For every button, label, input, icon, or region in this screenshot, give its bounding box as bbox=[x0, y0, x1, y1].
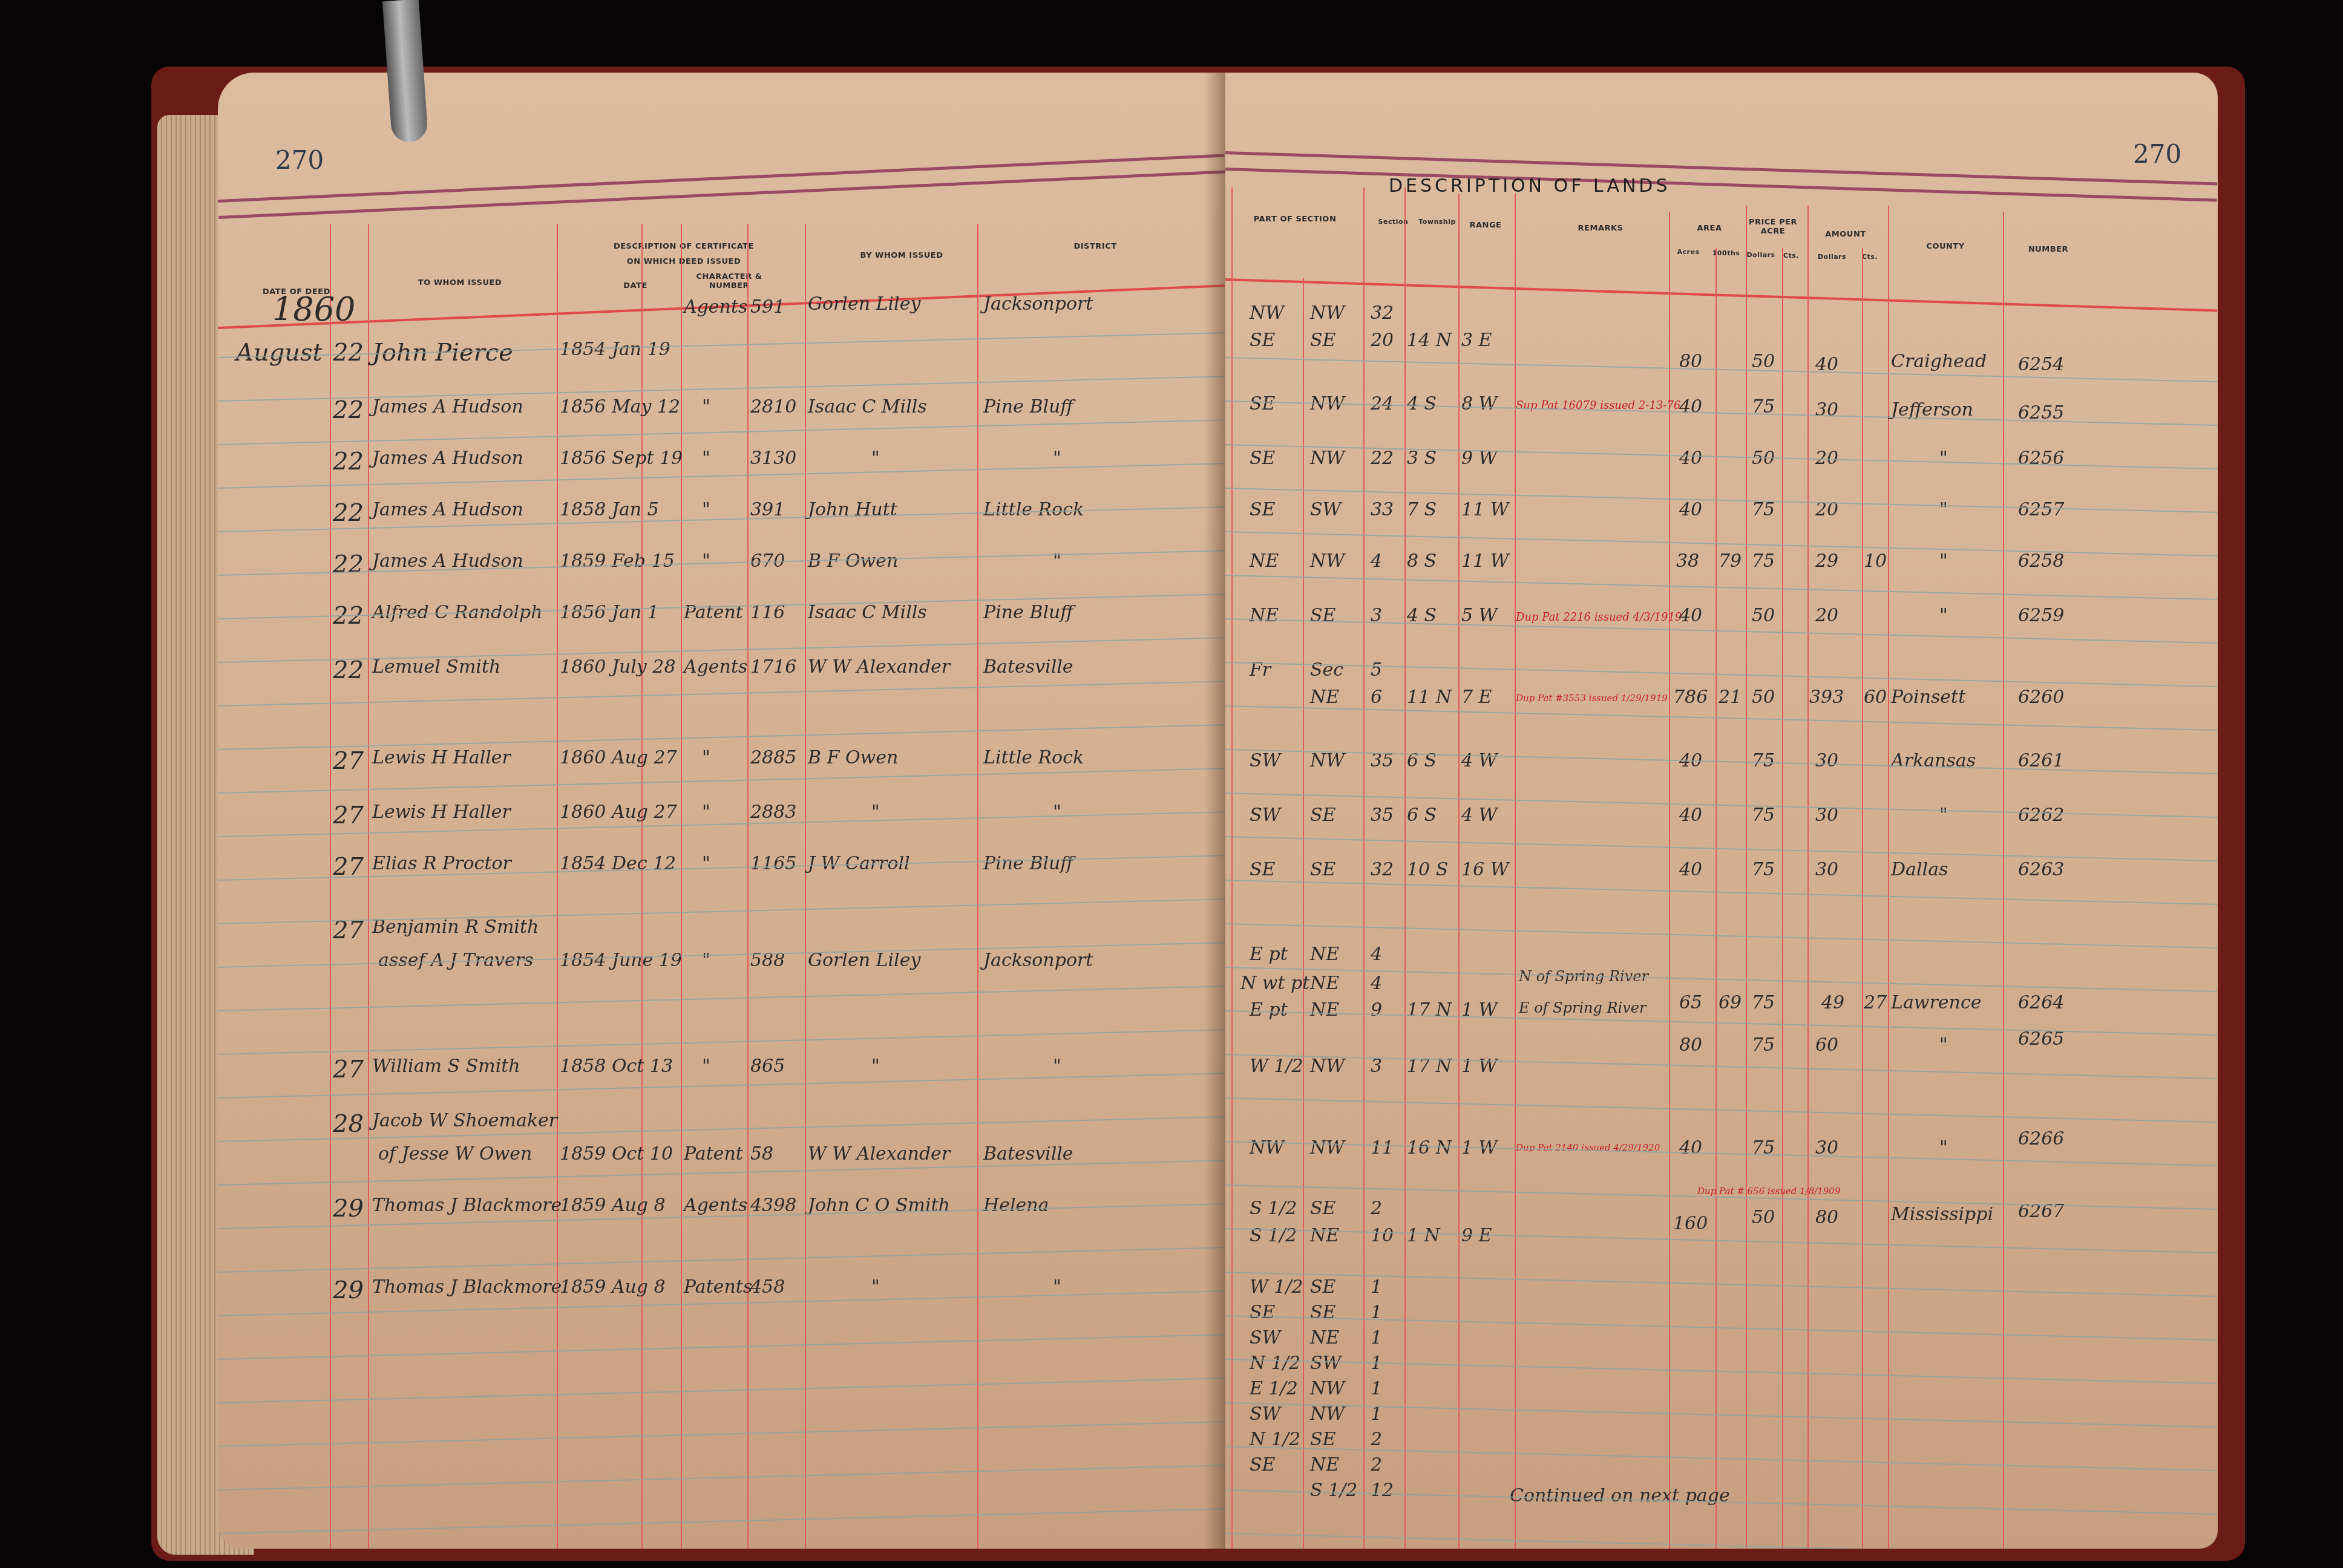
county: " bbox=[1939, 805, 1948, 826]
amount: 60 bbox=[1815, 1034, 1838, 1056]
column-rule bbox=[641, 224, 643, 1549]
entry-cert-no: 2810 bbox=[750, 396, 796, 417]
entry-number: 6264 bbox=[2018, 992, 2064, 1013]
entry-number: 6263 bbox=[2018, 859, 2064, 880]
column-rule bbox=[1715, 248, 1717, 1549]
entry-character: Agents bbox=[684, 296, 747, 318]
page-number-right: 270 bbox=[2133, 139, 2181, 169]
column-rule bbox=[2003, 212, 2004, 1549]
land-part: NE bbox=[1250, 605, 1279, 626]
amount: 29 bbox=[1815, 550, 1838, 572]
entry-issued-by: B F Owen bbox=[808, 747, 898, 768]
column-rule bbox=[368, 224, 369, 1549]
land-quarter: SE bbox=[1310, 605, 1335, 626]
entry-issued-by: Isaac C Mills bbox=[808, 396, 927, 417]
ruled-line bbox=[1225, 836, 2218, 861]
header-amount: AMOUNT bbox=[1809, 230, 1882, 239]
entry-issued-by: " bbox=[871, 1276, 880, 1298]
right-page: 270 DESCRIPTION OF LANDS PART OF SECTION… bbox=[1225, 73, 2218, 1549]
column-rule bbox=[977, 224, 978, 1549]
entry-district: Jacksonport bbox=[983, 950, 1093, 971]
land-part: SE bbox=[1250, 859, 1275, 880]
price-per-acre: 75 bbox=[1752, 499, 1775, 520]
acres: 65 bbox=[1679, 992, 1702, 1013]
column-rule bbox=[1363, 188, 1365, 1549]
land-quarter: NW bbox=[1310, 1378, 1345, 1399]
land-township: 14 N bbox=[1407, 330, 1452, 351]
entry-issued-by: Isaac C Mills bbox=[808, 602, 927, 623]
entry-name: Jacob W Shoemaker bbox=[372, 1110, 557, 1131]
column-rule bbox=[1888, 206, 1889, 1549]
land-section: 5 bbox=[1371, 659, 1382, 681]
land-part: SE bbox=[1250, 499, 1275, 520]
land-township: 1 N bbox=[1407, 1225, 1440, 1246]
entry-character: " bbox=[702, 802, 710, 823]
acres: 40 bbox=[1679, 805, 1702, 826]
land-section: 2 bbox=[1371, 1198, 1382, 1219]
land-part: S 1/2 bbox=[1250, 1198, 1297, 1219]
column-rule bbox=[747, 224, 749, 1549]
land-quarter: NW bbox=[1310, 448, 1345, 469]
acres: 786 bbox=[1673, 687, 1708, 708]
ruled-line bbox=[1225, 575, 2218, 600]
land-part: E pt bbox=[1250, 999, 1288, 1021]
entry-district: Helena bbox=[983, 1195, 1049, 1216]
land-section: 12 bbox=[1371, 1480, 1394, 1501]
land-section: 11 bbox=[1371, 1137, 1394, 1158]
land-quarter: NE bbox=[1310, 944, 1339, 965]
entry-number: 6260 bbox=[2018, 687, 2064, 708]
land-section: 9 bbox=[1371, 999, 1382, 1021]
description-of-lands-title: DESCRIPTION OF LANDS bbox=[1389, 175, 1671, 197]
entry-character: " bbox=[702, 853, 710, 874]
entry-character: " bbox=[702, 396, 710, 417]
land-range: 4 W bbox=[1461, 750, 1497, 771]
acres-hundredths: 21 bbox=[1719, 687, 1742, 708]
acres: 160 bbox=[1673, 1213, 1708, 1234]
land-quarter: Sec bbox=[1310, 659, 1343, 681]
entry-day: 22 bbox=[333, 448, 364, 475]
header-date: DATE bbox=[605, 281, 666, 290]
acres: 40 bbox=[1679, 499, 1702, 520]
entry-character: Agents bbox=[684, 656, 747, 678]
header-amount-dollars: Dollars bbox=[1806, 253, 1858, 261]
amount: 30 bbox=[1815, 399, 1838, 420]
entry-cert-no: 58 bbox=[750, 1143, 773, 1165]
header-on-which-deed-issued: ON WHICH DEED ISSUED bbox=[605, 257, 762, 266]
land-section: 10 bbox=[1371, 1225, 1394, 1246]
county: Lawrence bbox=[1891, 992, 1981, 1013]
entry-month: August bbox=[236, 339, 323, 367]
header-price-per-acre: PRICE PER ACRE bbox=[1743, 218, 1803, 236]
entry-issued-by: " bbox=[871, 1056, 880, 1077]
land-part: SW bbox=[1250, 750, 1280, 771]
price-per-acre: 50 bbox=[1752, 351, 1775, 372]
header-by-whom-issued: BY WHOM ISSUED bbox=[841, 251, 962, 260]
price-per-acre: 50 bbox=[1752, 605, 1775, 626]
county: Dallas bbox=[1891, 859, 1948, 880]
column-rule bbox=[805, 224, 806, 1549]
header-acres: Acres bbox=[1670, 248, 1706, 256]
entry-character: " bbox=[702, 950, 710, 971]
column-rule bbox=[1746, 206, 1747, 1549]
entry-character: " bbox=[702, 499, 710, 520]
amount: 30 bbox=[1815, 750, 1838, 771]
land-part: W 1/2 bbox=[1250, 1276, 1303, 1298]
land-part: N wt pt bbox=[1240, 973, 1309, 994]
land-section: 22 bbox=[1371, 448, 1394, 469]
column-rule bbox=[681, 224, 682, 1549]
land-part: SE bbox=[1250, 330, 1275, 351]
remarks: Dup Pat #3553 issued 1/29/1919 bbox=[1516, 693, 1668, 704]
entry-district: Little Rock bbox=[983, 747, 1084, 768]
entry-district: " bbox=[1053, 448, 1061, 469]
entry-day: 22 bbox=[333, 656, 364, 684]
land-quarter: SE bbox=[1310, 330, 1335, 351]
header-county: COUNTY bbox=[1897, 242, 1994, 251]
header-section: Section bbox=[1374, 218, 1413, 226]
entry-district: Pine Bluff bbox=[983, 853, 1073, 874]
entry-day: 22 bbox=[333, 499, 364, 527]
land-township: 4 S bbox=[1407, 393, 1437, 414]
year-heading: 1860 bbox=[272, 290, 355, 328]
land-township: 10 S bbox=[1407, 859, 1448, 880]
entry-number: 6257 bbox=[2018, 499, 2064, 520]
entry-number: 6254 bbox=[2018, 354, 2064, 375]
land-range: 11 W bbox=[1461, 550, 1509, 572]
header-remarks: REMARKS bbox=[1540, 224, 1661, 233]
entry-day: 22 bbox=[333, 396, 364, 424]
land-range: 1 W bbox=[1461, 1056, 1497, 1077]
land-part: W 1/2 bbox=[1250, 1056, 1303, 1077]
continued-note: Continued on next page bbox=[1510, 1485, 1730, 1506]
acres-hundredths: 69 bbox=[1719, 992, 1742, 1013]
land-township: 17 N bbox=[1407, 999, 1452, 1021]
land-section: 1 bbox=[1371, 1276, 1382, 1298]
land-quarter: SE bbox=[1310, 1302, 1335, 1323]
entry-name: Elias R Proctor bbox=[372, 853, 511, 874]
amount: 80 bbox=[1815, 1207, 1838, 1228]
header-area: AREA bbox=[1673, 224, 1746, 233]
entry-cert-no: 865 bbox=[750, 1056, 785, 1077]
land-quarter: S 1/2 bbox=[1310, 1480, 1357, 1501]
entry-cert-date: 1860 Aug 27 bbox=[560, 747, 677, 768]
land-section: 1 bbox=[1371, 1327, 1382, 1348]
land-part: NW bbox=[1250, 1137, 1284, 1158]
entry-cert-no: 2885 bbox=[750, 747, 796, 768]
entry-cert-no: 3130 bbox=[750, 448, 796, 469]
land-quarter: NW bbox=[1310, 550, 1345, 572]
land-section: 20 bbox=[1371, 330, 1394, 351]
entry-issued-by: W W Alexander bbox=[808, 656, 950, 678]
header-hundredths: 100ths bbox=[1709, 249, 1743, 257]
entry-cert-date: 1859 Oct 10 bbox=[560, 1143, 673, 1165]
land-section: 4 bbox=[1371, 973, 1382, 994]
entry-day: 28 bbox=[333, 1110, 364, 1138]
entry-cert-date: 1856 May 12 bbox=[560, 396, 680, 417]
header-township: Township bbox=[1413, 218, 1461, 226]
land-part: NE bbox=[1250, 550, 1279, 572]
county: " bbox=[1939, 550, 1948, 572]
land-section: 1 bbox=[1371, 1378, 1382, 1399]
entry-cert-date: 1856 Jan 1 bbox=[560, 602, 659, 623]
entry-district: Pine Bluff bbox=[983, 396, 1073, 417]
land-quarter: NW bbox=[1310, 1403, 1345, 1425]
land-part: SE bbox=[1250, 1454, 1275, 1475]
entry-district: Little Rock bbox=[983, 499, 1084, 520]
entry-cert-date: 1858 Jan 5 bbox=[560, 499, 659, 520]
price-per-acre: 75 bbox=[1752, 750, 1775, 771]
header-to-whom-issued: TO WHOM ISSUED bbox=[405, 278, 514, 287]
column-rule bbox=[1231, 188, 1233, 1549]
land-quarter: NE bbox=[1310, 687, 1339, 708]
entry-character: " bbox=[702, 550, 710, 572]
entry-cert-date: 1854 June 19 bbox=[560, 950, 682, 971]
entry-number: 6266 bbox=[2018, 1128, 2064, 1149]
entry-name-line2: of Jesse W Owen bbox=[378, 1143, 532, 1165]
land-range: 4 W bbox=[1461, 805, 1497, 826]
ruled-line bbox=[1225, 618, 2218, 644]
entry-number: 6258 bbox=[2018, 550, 2064, 572]
header-amount-cts: Cts. bbox=[1858, 253, 1882, 261]
header-range: RANGE bbox=[1461, 221, 1510, 230]
land-range: 3 E bbox=[1461, 330, 1492, 351]
column-rule bbox=[1862, 248, 1863, 1549]
land-part: N 1/2 bbox=[1250, 1353, 1300, 1374]
page-number-left: 270 bbox=[275, 145, 324, 175]
entry-cert-no: 4398 bbox=[750, 1195, 796, 1216]
entry-cert-no: 591 bbox=[750, 296, 785, 318]
entry-cert-date: 1859 Feb 15 bbox=[560, 550, 675, 572]
land-range: 16 W bbox=[1461, 859, 1509, 880]
land-quarter: NE bbox=[1310, 973, 1339, 994]
land-township: 3 S bbox=[1407, 448, 1437, 469]
remarks: Dup Pat 2216 issued 4/3/1919 bbox=[1516, 611, 1682, 624]
remarks: Dup Pat # 656 issued 1/8/1909 bbox=[1697, 1186, 1840, 1197]
entry-name: Thomas J Blackmore bbox=[372, 1195, 562, 1216]
price-per-acre: 50 bbox=[1752, 1207, 1775, 1228]
column-rule bbox=[1807, 206, 1809, 1549]
header-price-dollars: Dollars bbox=[1743, 251, 1779, 259]
entry-name: Thomas J Blackmore bbox=[372, 1276, 562, 1298]
land-section: 4 bbox=[1371, 944, 1382, 965]
county: Mississippi bbox=[1891, 1204, 1993, 1225]
county: " bbox=[1939, 1137, 1948, 1158]
price-per-acre: 75 bbox=[1752, 992, 1775, 1013]
land-range: 8 W bbox=[1461, 393, 1497, 414]
column-rule bbox=[330, 224, 331, 1549]
entry-day: 29 bbox=[333, 1276, 364, 1304]
land-township: 6 S bbox=[1407, 805, 1437, 826]
ruled-line bbox=[1225, 1097, 2218, 1123]
entry-district: " bbox=[1053, 1056, 1061, 1077]
header-band bbox=[218, 154, 1225, 218]
acres-hundredths: 79 bbox=[1719, 550, 1742, 572]
acres: 40 bbox=[1679, 605, 1702, 626]
entry-cert-no: 2883 bbox=[750, 802, 796, 823]
ruled-line bbox=[1225, 1533, 2218, 1549]
header-district: DISTRICT bbox=[1047, 242, 1144, 251]
header-description-of-certificate: DESCRIPTION OF CERTIFICATE bbox=[605, 242, 762, 251]
entry-name: William S Smith bbox=[372, 1056, 520, 1077]
acres: 40 bbox=[1679, 396, 1702, 417]
land-section: 35 bbox=[1371, 805, 1394, 826]
column-rule bbox=[1303, 278, 1304, 1549]
land-quarter: SE bbox=[1310, 1198, 1335, 1219]
land-part: SE bbox=[1250, 1302, 1275, 1323]
amount: 20 bbox=[1815, 605, 1838, 626]
price-per-acre: 75 bbox=[1752, 859, 1775, 880]
land-quarter: SW bbox=[1310, 1353, 1341, 1374]
entry-day: 27 bbox=[333, 1056, 364, 1083]
entry-district: Batesville bbox=[983, 1143, 1073, 1165]
land-township: 16 N bbox=[1407, 1137, 1452, 1158]
land-part: SW bbox=[1250, 805, 1280, 826]
land-range: 7 E bbox=[1461, 687, 1492, 708]
entry-cert-date: 1858 Oct 13 bbox=[560, 1056, 673, 1077]
price-per-acre: 75 bbox=[1752, 1034, 1775, 1056]
land-range: 5 W bbox=[1461, 605, 1497, 626]
remarks: E of Spring River bbox=[1519, 999, 1647, 1016]
land-quarter: NW bbox=[1310, 1056, 1345, 1077]
entry-cert-date: 1859 Aug 8 bbox=[560, 1276, 666, 1298]
amount-cents: 10 bbox=[1864, 550, 1887, 572]
amount: 393 bbox=[1809, 687, 1844, 708]
ruled-line bbox=[1225, 1010, 2218, 1036]
county: Craighead bbox=[1891, 351, 1987, 372]
land-part: SE bbox=[1250, 393, 1275, 414]
entry-name: Lewis H Haller bbox=[372, 747, 511, 768]
county: " bbox=[1939, 1034, 1948, 1056]
entry-day: 22 bbox=[333, 550, 364, 578]
land-quarter: NW bbox=[1310, 1137, 1345, 1158]
column-rule bbox=[1458, 194, 1460, 1549]
land-quarter: SE bbox=[1310, 1429, 1335, 1450]
entry-character: Agents bbox=[684, 1195, 747, 1216]
column-rule bbox=[1515, 194, 1516, 1549]
entry-day: 22 bbox=[333, 339, 364, 367]
land-township: 7 S bbox=[1407, 499, 1437, 520]
entry-character: " bbox=[702, 448, 710, 469]
land-quarter: SE bbox=[1310, 1276, 1335, 1298]
land-quarter: NW bbox=[1310, 302, 1345, 324]
entry-cert-no: 458 bbox=[750, 1276, 785, 1298]
amount: 49 bbox=[1821, 992, 1844, 1013]
acres: 38 bbox=[1676, 550, 1699, 572]
land-quarter: NE bbox=[1310, 999, 1339, 1021]
land-section: 2 bbox=[1371, 1429, 1382, 1450]
land-quarter: NE bbox=[1310, 1327, 1339, 1348]
county: Poinsett bbox=[1891, 687, 1965, 708]
land-quarter: SE bbox=[1310, 859, 1335, 880]
entry-issued-by: " bbox=[871, 448, 880, 469]
price-per-acre: 75 bbox=[1752, 805, 1775, 826]
land-quarter: SE bbox=[1310, 805, 1335, 826]
entry-character: " bbox=[702, 747, 710, 768]
land-section: 2 bbox=[1371, 1454, 1382, 1475]
amount-cents: 60 bbox=[1864, 687, 1887, 708]
land-part: NW bbox=[1250, 302, 1284, 324]
entry-cert-no: 1716 bbox=[750, 656, 796, 678]
ruled-line bbox=[1225, 880, 2218, 905]
acres: 40 bbox=[1679, 859, 1702, 880]
entry-day: 29 bbox=[333, 1195, 364, 1223]
entry-day: 27 bbox=[333, 747, 364, 775]
acres: 80 bbox=[1679, 1034, 1702, 1056]
entry-cert-date: 1860 Aug 27 bbox=[560, 802, 677, 823]
land-part: SW bbox=[1250, 1327, 1280, 1348]
amount-cents: 27 bbox=[1864, 992, 1887, 1013]
header-character-number: CHARACTER & NUMBER bbox=[684, 272, 775, 290]
left-page: 270 DATE OF DEED TO WHOM ISSUED DESCRIPT… bbox=[218, 73, 1225, 1549]
entry-district: Jacksonport bbox=[983, 293, 1093, 315]
entry-cert-no: 1165 bbox=[750, 853, 796, 874]
entry-character: " bbox=[702, 1056, 710, 1077]
land-part: S 1/2 bbox=[1250, 1225, 1297, 1246]
land-quarter: NE bbox=[1310, 1225, 1339, 1246]
land-quarter: NW bbox=[1310, 750, 1345, 771]
column-rule bbox=[1782, 248, 1783, 1549]
land-part: SE bbox=[1250, 448, 1275, 469]
entry-issued-by: W W Alexander bbox=[808, 1143, 950, 1165]
land-part: SW bbox=[1250, 1403, 1280, 1425]
land-section: 32 bbox=[1371, 859, 1394, 880]
entry-cert-date: 1856 Sept 19 bbox=[560, 448, 683, 469]
entry-name: Lewis H Haller bbox=[372, 802, 511, 823]
entry-cert-date: 1860 July 28 bbox=[560, 656, 675, 678]
price-per-acre: 75 bbox=[1752, 550, 1775, 572]
entry-name: James A Hudson bbox=[372, 448, 523, 469]
acres: 40 bbox=[1679, 448, 1702, 469]
county: " bbox=[1939, 448, 1948, 469]
entry-day: 27 bbox=[333, 802, 364, 829]
land-part: E pt bbox=[1250, 944, 1288, 965]
entry-name: James A Hudson bbox=[372, 396, 523, 417]
header-band bbox=[1225, 151, 2217, 201]
header-number: NUMBER bbox=[2006, 245, 2091, 254]
land-range: 11 W bbox=[1461, 499, 1509, 520]
land-part: E 1/2 bbox=[1250, 1378, 1298, 1399]
entry-number: 6259 bbox=[2018, 605, 2064, 626]
entry-character: Patents bbox=[684, 1276, 752, 1298]
entry-number: 6262 bbox=[2018, 805, 2064, 826]
entry-issued-by: Gorlen Liley bbox=[808, 293, 920, 315]
ruled-line bbox=[1225, 705, 2218, 731]
ruled-line bbox=[1225, 357, 2218, 382]
amount: 30 bbox=[1815, 859, 1838, 880]
land-quarter: NE bbox=[1310, 1454, 1339, 1475]
land-quarter: SW bbox=[1310, 499, 1341, 520]
entry-district: Batesville bbox=[983, 656, 1073, 678]
land-section: 4 bbox=[1371, 550, 1382, 572]
land-section: 6 bbox=[1371, 687, 1382, 708]
county: " bbox=[1939, 605, 1948, 626]
entry-district: " bbox=[1053, 802, 1061, 823]
entry-character: Patent bbox=[684, 1143, 743, 1165]
entry-cert-date: 1859 Aug 8 bbox=[560, 1195, 666, 1216]
entry-number: 6256 bbox=[2018, 448, 2064, 469]
land-section: 33 bbox=[1371, 499, 1394, 520]
land-section: 32 bbox=[1371, 302, 1394, 324]
land-township: 11 N bbox=[1407, 687, 1452, 708]
header-part-of-section: PART OF SECTION bbox=[1250, 215, 1340, 224]
column-rule bbox=[1404, 188, 1406, 1549]
acres: 40 bbox=[1679, 1137, 1702, 1158]
land-township: 8 S bbox=[1407, 550, 1437, 572]
entry-name: James A Hudson bbox=[372, 499, 523, 520]
price-per-acre: 50 bbox=[1752, 687, 1775, 708]
county: " bbox=[1939, 499, 1948, 520]
